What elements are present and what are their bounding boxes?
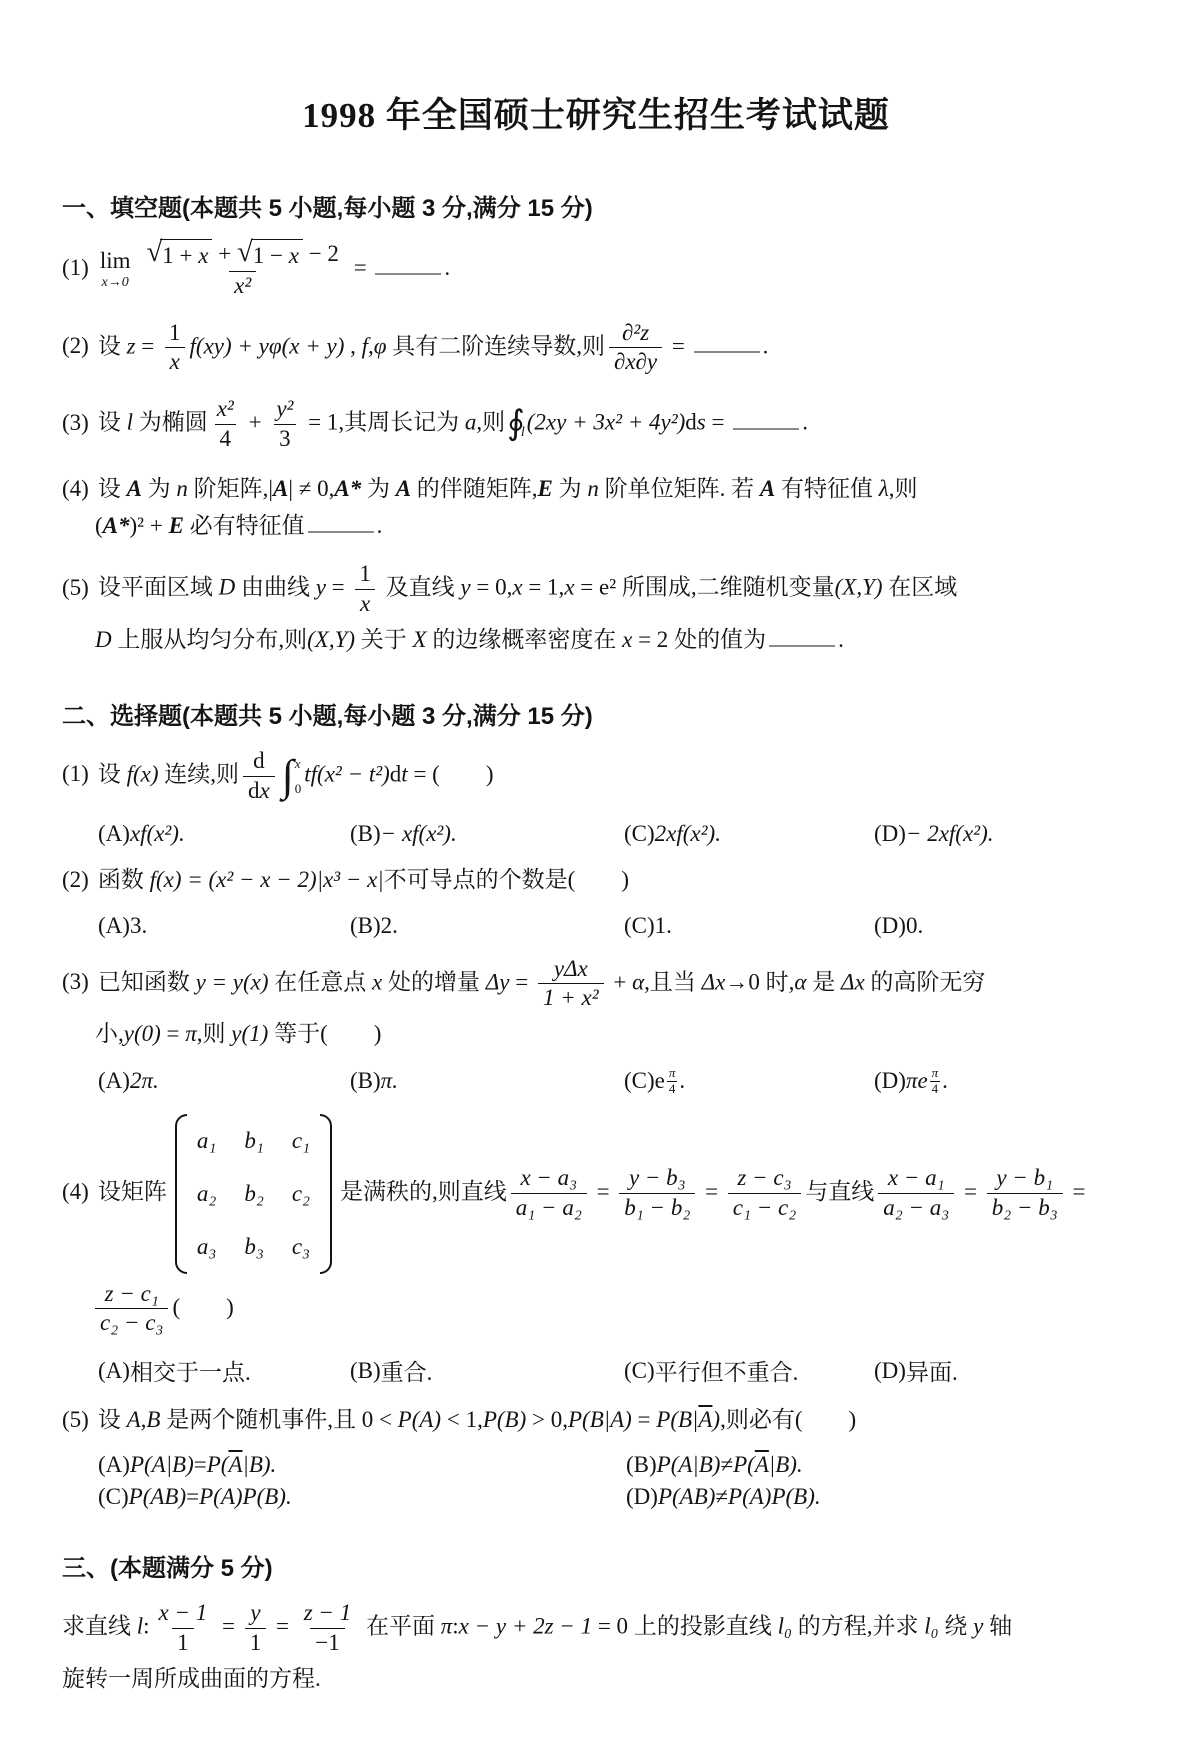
math-run: f,φ xyxy=(362,333,387,358)
text-run: 绕 xyxy=(939,1614,974,1639)
question-number: (1) xyxy=(62,761,89,786)
math-run: x xyxy=(289,243,299,268)
matrix-right-paren xyxy=(320,1114,332,1274)
math-run: x xyxy=(512,575,522,600)
option-a: (A)xf(x²). xyxy=(98,821,350,847)
option-b: (B) 重合. xyxy=(350,1354,624,1387)
text-run: 为 xyxy=(553,476,588,501)
option-value: 0. xyxy=(906,913,923,939)
text-run: ,则 xyxy=(197,1021,232,1046)
text-run: , xyxy=(344,333,361,358)
option-c: (C)eπ4. xyxy=(624,1066,874,1096)
options-row: (A)2π. (B)π. (C)eπ4. (D)πeπ4. xyxy=(98,1066,1130,1096)
math-run: l₀ xyxy=(924,1614,938,1639)
options-row: (C)P(AB) = P(A)P(B). (D)P(AB) ≠ P(A)P(B)… xyxy=(98,1484,1130,1510)
math-run: P(A)P(B). xyxy=(199,1484,292,1510)
radical: √1 + x xyxy=(147,239,213,271)
text-run: . xyxy=(444,255,450,280)
math-run: z xyxy=(127,333,136,358)
math-run: s xyxy=(697,410,706,435)
text-run: . xyxy=(763,333,769,358)
math-run: A xyxy=(760,476,775,501)
math-run: ) xyxy=(712,1407,720,1432)
math-run: = xyxy=(1067,1179,1086,1204)
question-number: (5) xyxy=(62,575,89,600)
math-run: P( xyxy=(733,1452,755,1478)
math-run: P(A) xyxy=(398,1407,441,1432)
overline-complement: A xyxy=(755,1452,769,1478)
contour-integral: ∮l xyxy=(507,409,525,440)
math-run: P(B| xyxy=(656,1407,698,1432)
denominator: x xyxy=(355,589,375,619)
math-run: x xyxy=(564,575,574,600)
numerator: z − 1 xyxy=(299,1599,356,1628)
numerator: y − b₃ xyxy=(624,1164,691,1193)
fraction: x − a₃a₁ − a₂ xyxy=(511,1164,587,1223)
math-run: y xyxy=(460,575,470,600)
numerator: y² xyxy=(271,395,298,424)
option-b: (B)π. xyxy=(350,1068,624,1094)
fraction: yΔx1 + x² xyxy=(538,955,604,1014)
matrix-cell: c₁ xyxy=(292,1122,310,1159)
option-value: P(A|B) xyxy=(657,1452,721,1478)
question-number: (2) xyxy=(62,867,89,892)
math-run: − 2 xyxy=(303,241,339,266)
math-run: | ≠ 0, xyxy=(288,476,334,501)
question-line: 旋转一周所成曲面的方程. xyxy=(62,1660,1130,1697)
math-run: →0 xyxy=(725,969,760,994)
question-line: (4)设 A 为 n 阶矩阵,|A| ≠ 0,A* 为 A 的伴随矩阵,E 为 … xyxy=(62,470,1130,507)
text-run: 是 xyxy=(806,969,841,994)
option-value: 3. xyxy=(130,913,147,939)
superscript-fraction: π4 xyxy=(667,1066,678,1096)
integral-subscript: l xyxy=(521,422,525,445)
option-label: (B) xyxy=(350,1358,381,1384)
math-run: a xyxy=(465,410,477,435)
text-run: 其周长记为 xyxy=(344,410,465,435)
superscript-fraction: π4 xyxy=(930,1066,941,1096)
integral-sign: ∫ xyxy=(282,757,294,794)
fraction: 1x xyxy=(354,560,376,619)
text-run: 与直线 xyxy=(805,1179,874,1204)
denominator: 4 xyxy=(930,1081,941,1096)
radicand: 1 − x xyxy=(251,239,303,271)
question-2-1: (1)设 f(x) 连续,则ddx∫x0tf(x² − t²)dt = ( ) xyxy=(62,745,1130,808)
math-run: π xyxy=(185,1021,197,1046)
denominator: ∂x∂y xyxy=(609,347,662,377)
denominator: x xyxy=(165,347,185,377)
math-run: d xyxy=(390,761,402,786)
denominator: 1 xyxy=(245,1628,267,1658)
math-run: y xyxy=(973,1614,983,1639)
option-label: (B) xyxy=(350,913,381,939)
numerator: x − a₃ xyxy=(515,1164,582,1193)
text-run: 的伴随矩阵, xyxy=(411,476,538,501)
question-1-2: (2)设 z = 1xf(xy) + yφ(x + y) , f,φ 具有二阶连… xyxy=(62,317,1130,380)
denominator: x² xyxy=(229,271,256,301)
text-run: 旋转一周所成曲面的方程. xyxy=(62,1666,321,1691)
option-value: P(AB) xyxy=(129,1484,186,1510)
denominator: 3 xyxy=(274,424,296,454)
option-label: (C) xyxy=(624,821,655,847)
option-label: (C) xyxy=(624,1358,655,1384)
math-run: (X,Y) xyxy=(835,575,883,600)
math-run: |B). xyxy=(769,1452,803,1478)
overline-complement: A xyxy=(698,1407,712,1432)
math-run: )² xyxy=(130,513,145,538)
section-3-header: 三、(本题满分 5 分) xyxy=(62,1548,1130,1583)
math-run: 1 + xyxy=(162,243,198,268)
options-row: (A)P(A|B) = P(A|B). (B)P(A|B) ≠ P(A|B). xyxy=(98,1452,1130,1478)
text-run: 连续,则 xyxy=(159,761,240,786)
denominator: c₂ − c₃ xyxy=(95,1308,168,1338)
denominator: 4 xyxy=(667,1081,678,1096)
math-run: y(1) xyxy=(231,1021,268,1046)
text-run: 求直线 xyxy=(62,1614,137,1639)
matrix-cell: c₂ xyxy=(292,1175,310,1212)
option-a: (A)3. xyxy=(98,913,350,939)
numerator: x − 1 xyxy=(154,1599,213,1628)
question-number: (4) xyxy=(62,1179,89,1204)
math-run: = xyxy=(958,1179,982,1204)
math-run: α xyxy=(794,969,806,994)
answer-blank xyxy=(375,251,441,275)
option-b: (B)2. xyxy=(350,913,624,939)
option-value: − xf(x²). xyxy=(381,821,457,847)
math-run: A* xyxy=(334,476,361,501)
math-run: n xyxy=(587,476,599,501)
text-run: 为 xyxy=(142,476,177,501)
math-run: = e² xyxy=(575,575,617,600)
math-run: ( ) xyxy=(320,1021,381,1046)
options-row: (A) 相交于一点. (B) 重合. (C) 平行但不重合. (D) 异面. xyxy=(98,1354,1130,1387)
text-run: 设 xyxy=(98,410,127,435)
math-run: l₀ xyxy=(778,1614,792,1639)
math-run: + xyxy=(212,241,236,266)
numerator: yΔx xyxy=(549,955,593,984)
answer-blank xyxy=(733,406,799,430)
section-1-header: 一、填空题(本题共 5 小题,每小题 3 分,满分 15 分) xyxy=(62,188,1130,223)
fraction: z − c₁c₂ − c₃ xyxy=(95,1280,168,1339)
option-value: e xyxy=(655,1068,665,1094)
option-d: (D)P(AB) ≠ P(A)P(B). xyxy=(626,1484,1130,1510)
text-run: 上的投影直线 xyxy=(628,1614,778,1639)
text-run: 关于 xyxy=(355,627,413,652)
denominator: b₂ − b₃ xyxy=(987,1193,1063,1223)
section-2-header: 二、选择题(本题共 5 小题,每小题 3 分,满分 15 分) xyxy=(62,696,1130,731)
numerator: 1 xyxy=(164,319,186,348)
option-value: P(A|B) xyxy=(130,1452,194,1478)
math-run: = 1, xyxy=(523,575,565,600)
option-d: (D)− 2xf(x²). xyxy=(874,821,1130,847)
text-run: 上服从均匀分布,则 xyxy=(112,627,308,652)
question-line: (3)已知函数 y = y(x) 在任意点 x 处的增量 Δy = yΔx1 +… xyxy=(62,953,1130,1016)
numerator: π xyxy=(669,1066,676,1080)
math-run: A xyxy=(396,476,411,501)
option-value: 2π. xyxy=(130,1068,159,1094)
math-run: D xyxy=(219,575,236,600)
option-a: (A)P(A|B) = P(A|B). xyxy=(98,1452,626,1478)
denominator: a₁ − a₂ xyxy=(511,1193,587,1223)
math-run: n xyxy=(176,476,188,501)
text-run: ,则 xyxy=(889,476,918,501)
question-line: (5)设平面区域 D 由曲线 y = 1x 及直线 y = 0,x = 1,x … xyxy=(62,558,1130,621)
denominator: a₂ − a₃ xyxy=(878,1193,954,1223)
question-line: (A*)² + E 必有特征值. xyxy=(95,507,1130,544)
limit-condition: x→0 xyxy=(102,276,129,290)
option-label: (A) xyxy=(98,913,130,939)
math-run: = xyxy=(216,1614,240,1639)
lim-word: lim xyxy=(100,249,131,272)
text-run: 函数 xyxy=(98,867,150,892)
math-run: P(B) xyxy=(483,1407,526,1432)
math-run: tf(x² − t²) xyxy=(304,761,390,786)
option-value: 重合. xyxy=(381,1354,433,1387)
text-run: 为 xyxy=(361,476,396,501)
option-value: 1. xyxy=(655,913,672,939)
question-line: (4)设矩阵a₁b₁c₁a₂b₂c₂a₃b₃c₃是满秩的,则直线x − a₃a₁… xyxy=(62,1110,1130,1278)
text-run: ,则必有 xyxy=(720,1407,795,1432)
math-run: y xyxy=(316,575,326,600)
question-1-4: (4)设 A 为 n 阶矩阵,|A| ≠ 0,A* 为 A 的伴随矩阵,E 为 … xyxy=(62,470,1130,545)
option-label: (A) xyxy=(98,1452,130,1478)
matrix-cell: b₁ xyxy=(244,1122,264,1159)
option-d: (D)0. xyxy=(874,913,1130,939)
math-run: = xyxy=(161,1021,185,1046)
math-run: = 1, xyxy=(302,410,344,435)
option-d: (D) 异面. xyxy=(874,1354,1130,1387)
math-run: A,B xyxy=(127,1407,161,1432)
math-run: f(x) xyxy=(127,761,159,786)
option-value: 2. xyxy=(381,913,398,939)
option-label: (A) xyxy=(98,1068,130,1094)
text-run: . xyxy=(838,627,844,652)
numerator: z − c₃ xyxy=(732,1164,796,1193)
matrix-cell: a₁ xyxy=(197,1122,217,1159)
math-run: Δx xyxy=(841,969,865,994)
text-run: 设矩阵 xyxy=(98,1179,167,1204)
text-run: 的边缘概率密度在 xyxy=(427,627,623,652)
text-run: 小, xyxy=(95,1021,124,1046)
option-label: (C) xyxy=(98,1484,129,1510)
option-label: (D) xyxy=(626,1484,658,1510)
numerator: x − a₁ xyxy=(883,1164,950,1193)
matrix-left-paren xyxy=(175,1114,187,1274)
limit-block: limx→0 xyxy=(100,249,131,290)
question-number: (5) xyxy=(62,1407,89,1432)
exam-page: 1998 年全国硕士研究生招生考试试题 一、填空题(本题共 5 小题,每小题 3… xyxy=(0,0,1190,1751)
fraction: √1 + x + √1 − x − 2x² xyxy=(142,239,344,301)
question-2-5: (5)设 A,B 是两个随机事件,且 0 < P(A) < 1,P(B) > 0… xyxy=(62,1401,1130,1438)
math-run: d xyxy=(685,410,697,435)
numerator: 1 xyxy=(354,560,376,589)
option-b: (B)− xf(x²). xyxy=(350,821,624,847)
math-run: ≠ xyxy=(715,1484,728,1510)
math-run: P(A)P(B). xyxy=(728,1484,821,1510)
option-label: (A) xyxy=(98,821,130,847)
math-run: = xyxy=(326,575,350,600)
option-value: 平行但不重合. xyxy=(655,1354,799,1387)
fraction: ∂²z∂x∂y xyxy=(609,319,662,378)
option-value: P(AB) xyxy=(658,1484,715,1510)
text-run: 具有二阶连续导数,则 xyxy=(386,333,605,358)
math-run: x xyxy=(372,969,382,994)
text-run: . xyxy=(802,410,808,435)
answer-blank xyxy=(308,509,374,533)
question-number: (1) xyxy=(62,255,89,280)
math-run: Δx xyxy=(702,969,726,994)
math-run: : xyxy=(143,1614,149,1639)
math-run: ( ) xyxy=(172,1294,233,1319)
numerator: y xyxy=(245,1599,265,1628)
text-run: 有特征值 xyxy=(775,476,879,501)
option-value: 2xf(x²). xyxy=(655,821,721,847)
denominator: 1 + x² xyxy=(538,983,604,1013)
lower-bound: 0 xyxy=(295,778,302,799)
text-run: 在任意点 xyxy=(269,969,373,994)
math-run: = xyxy=(270,1614,294,1639)
numerator: π xyxy=(932,1066,939,1080)
numerator: d xyxy=(248,747,270,776)
math-run: A xyxy=(273,476,288,501)
text-run: ,且当 xyxy=(644,969,702,994)
math-run: A* xyxy=(103,513,130,538)
fraction: ddx xyxy=(243,747,275,806)
math-run: f(x) = (x² − x − 2)|x³ − x| xyxy=(150,867,384,892)
denominator: dx xyxy=(243,776,275,806)
math-run: λ xyxy=(879,476,889,501)
question-line: D 上服从均匀分布,则(X,Y) 关于 X 的边缘概率密度在 x = 2 处的值… xyxy=(95,621,1130,658)
upper-bound: x xyxy=(295,753,302,774)
denominator: b₁ − b₂ xyxy=(619,1193,695,1223)
matrix-cell: a₂ xyxy=(197,1175,217,1212)
page-title: 1998 年全国硕士研究生招生考试试题 xyxy=(62,88,1130,138)
question-1-1: (1)limx→0√1 + x + √1 − x − 2x² = . xyxy=(62,237,1130,303)
radical: √1 − x xyxy=(237,239,303,271)
option-d: (D)πeπ4. xyxy=(874,1066,1130,1096)
text-run: 所围成,二维随机变量 xyxy=(616,575,835,600)
fraction: y − b₃b₁ − b₂ xyxy=(619,1164,695,1223)
overline-complement: A xyxy=(228,1452,242,1478)
text-run: 由曲线 xyxy=(235,575,316,600)
math-run: = xyxy=(591,1179,615,1204)
question-number: (4) xyxy=(62,476,89,501)
text-run: 处的值为 xyxy=(668,627,766,652)
question-number: (3) xyxy=(62,410,89,435)
text-run: 已知函数 xyxy=(98,969,196,994)
math-run: = xyxy=(348,255,372,280)
math-run: P(B|A) xyxy=(568,1407,632,1432)
math-run: = xyxy=(666,333,690,358)
matrix-cell: b₃ xyxy=(244,1228,264,1265)
option-value: . xyxy=(679,1068,685,1094)
denominator: c₁ − c₂ xyxy=(728,1193,801,1223)
option-label: (C) xyxy=(624,1068,655,1094)
math-run: (2xy + 3x² + 4y²) xyxy=(527,410,685,435)
math-run: ≠ xyxy=(720,1452,733,1478)
options-row: (A)3. (B)2. (C)1. (D)0. xyxy=(98,913,1130,939)
math-run: ( xyxy=(95,513,103,538)
question-2-4: (4)设矩阵a₁b₁c₁a₂b₂c₂a₃b₃c₃是满秩的,则直线x − a₃a₁… xyxy=(62,1110,1130,1340)
math-run: < 1, xyxy=(441,1407,483,1432)
numerator: ∂²z xyxy=(617,319,654,348)
math-run: y = y(x) xyxy=(196,969,269,994)
numerator: √1 + x + √1 − x − 2 xyxy=(142,239,344,271)
fraction: y1 xyxy=(245,1599,267,1658)
math-run: E xyxy=(538,476,553,501)
option-label: (D) xyxy=(874,1358,906,1384)
math-run: f(xy) + yφ(x + y) xyxy=(190,333,345,358)
option-a: (A) 相交于一点. xyxy=(98,1354,350,1387)
option-label: (B) xyxy=(626,1452,657,1478)
math-run: = xyxy=(699,1179,723,1204)
answer-blank xyxy=(769,623,835,647)
question-1-3: (3)设 l 为椭圆x²4 + y²3 = 1,其周长记为 a,则∮l(2xy … xyxy=(62,393,1130,456)
option-c: (C) 平行但不重合. xyxy=(624,1354,874,1387)
text-run: 不可导点的个数是 xyxy=(384,867,568,892)
math-run: ( ) xyxy=(568,867,629,892)
option-c: (C)P(AB) = P(A)P(B). xyxy=(98,1484,626,1510)
math-run: α xyxy=(632,969,644,994)
text-run: 阶单位矩阵. 若 xyxy=(599,476,760,501)
math-run: Δy xyxy=(486,969,510,994)
math-run: |B). xyxy=(243,1452,277,1478)
text-run: 等于 xyxy=(268,1021,320,1046)
question-1-5: (5)设平面区域 D 由曲线 y = 1x 及直线 y = 0,x = 1,x … xyxy=(62,558,1130,658)
text-run: 及直线 xyxy=(380,575,461,600)
text-run: 是两个随机事件,且 xyxy=(160,1407,361,1432)
math-run: X xyxy=(413,627,427,652)
math-run: ( ) xyxy=(795,1407,856,1432)
matrix: a₁b₁c₁a₂b₂c₂a₃b₃c₃ xyxy=(175,1114,332,1274)
option-c: (C)2xf(x²). xyxy=(624,821,874,847)
option-value: π. xyxy=(381,1068,398,1094)
option-c: (C)1. xyxy=(624,913,874,939)
fraction: y²3 xyxy=(271,395,298,454)
numerator: z − c₁ xyxy=(100,1280,164,1309)
math-run: d xyxy=(248,778,260,803)
fraction: z − 1−1 xyxy=(299,1599,356,1658)
math-run: = xyxy=(186,1484,199,1510)
math-run: P( xyxy=(207,1452,229,1478)
matrix-grid: a₁b₁c₁a₂b₂c₂a₃b₃c₃ xyxy=(187,1114,320,1274)
option-value: 异面. xyxy=(906,1354,958,1387)
question-2-2: (2)函数 f(x) = (x² − x − 2)|x³ − x|不可导点的个数… xyxy=(62,861,1130,898)
math-run: = ( ) xyxy=(408,761,494,786)
math-run: = 2 xyxy=(632,627,668,652)
math-run: x − y + 2z − 1 xyxy=(459,1614,592,1639)
math-run: = xyxy=(706,410,730,435)
math-run: D xyxy=(95,627,112,652)
math-run: = 0, xyxy=(471,575,513,600)
text-run: 处的增量 xyxy=(382,969,486,994)
math-run: 0 < xyxy=(362,1407,398,1432)
math-run: = xyxy=(194,1452,207,1478)
fraction: x − 11 xyxy=(154,1599,213,1658)
fraction: y − b₁b₂ − b₃ xyxy=(987,1164,1063,1223)
option-value: xf(x²). xyxy=(130,821,185,847)
math-run: A xyxy=(127,476,142,501)
option-label: (D) xyxy=(874,821,906,847)
fraction: x − a₁a₂ − a₃ xyxy=(878,1164,954,1223)
question-2-3: (3)已知函数 y = y(x) 在任意点 x 处的增量 Δy = yΔx1 +… xyxy=(62,953,1130,1053)
text-run: 的方程,并求 xyxy=(792,1614,924,1639)
option-value: . xyxy=(942,1068,948,1094)
radicand: 1 + x xyxy=(160,239,212,271)
matrix-cell: c₃ xyxy=(292,1228,310,1265)
question-line: 求直线 l:x − 11 = y1 = z − 1−1 在平面 π:x − y … xyxy=(62,1597,1130,1660)
text-run: 设 xyxy=(98,476,127,501)
